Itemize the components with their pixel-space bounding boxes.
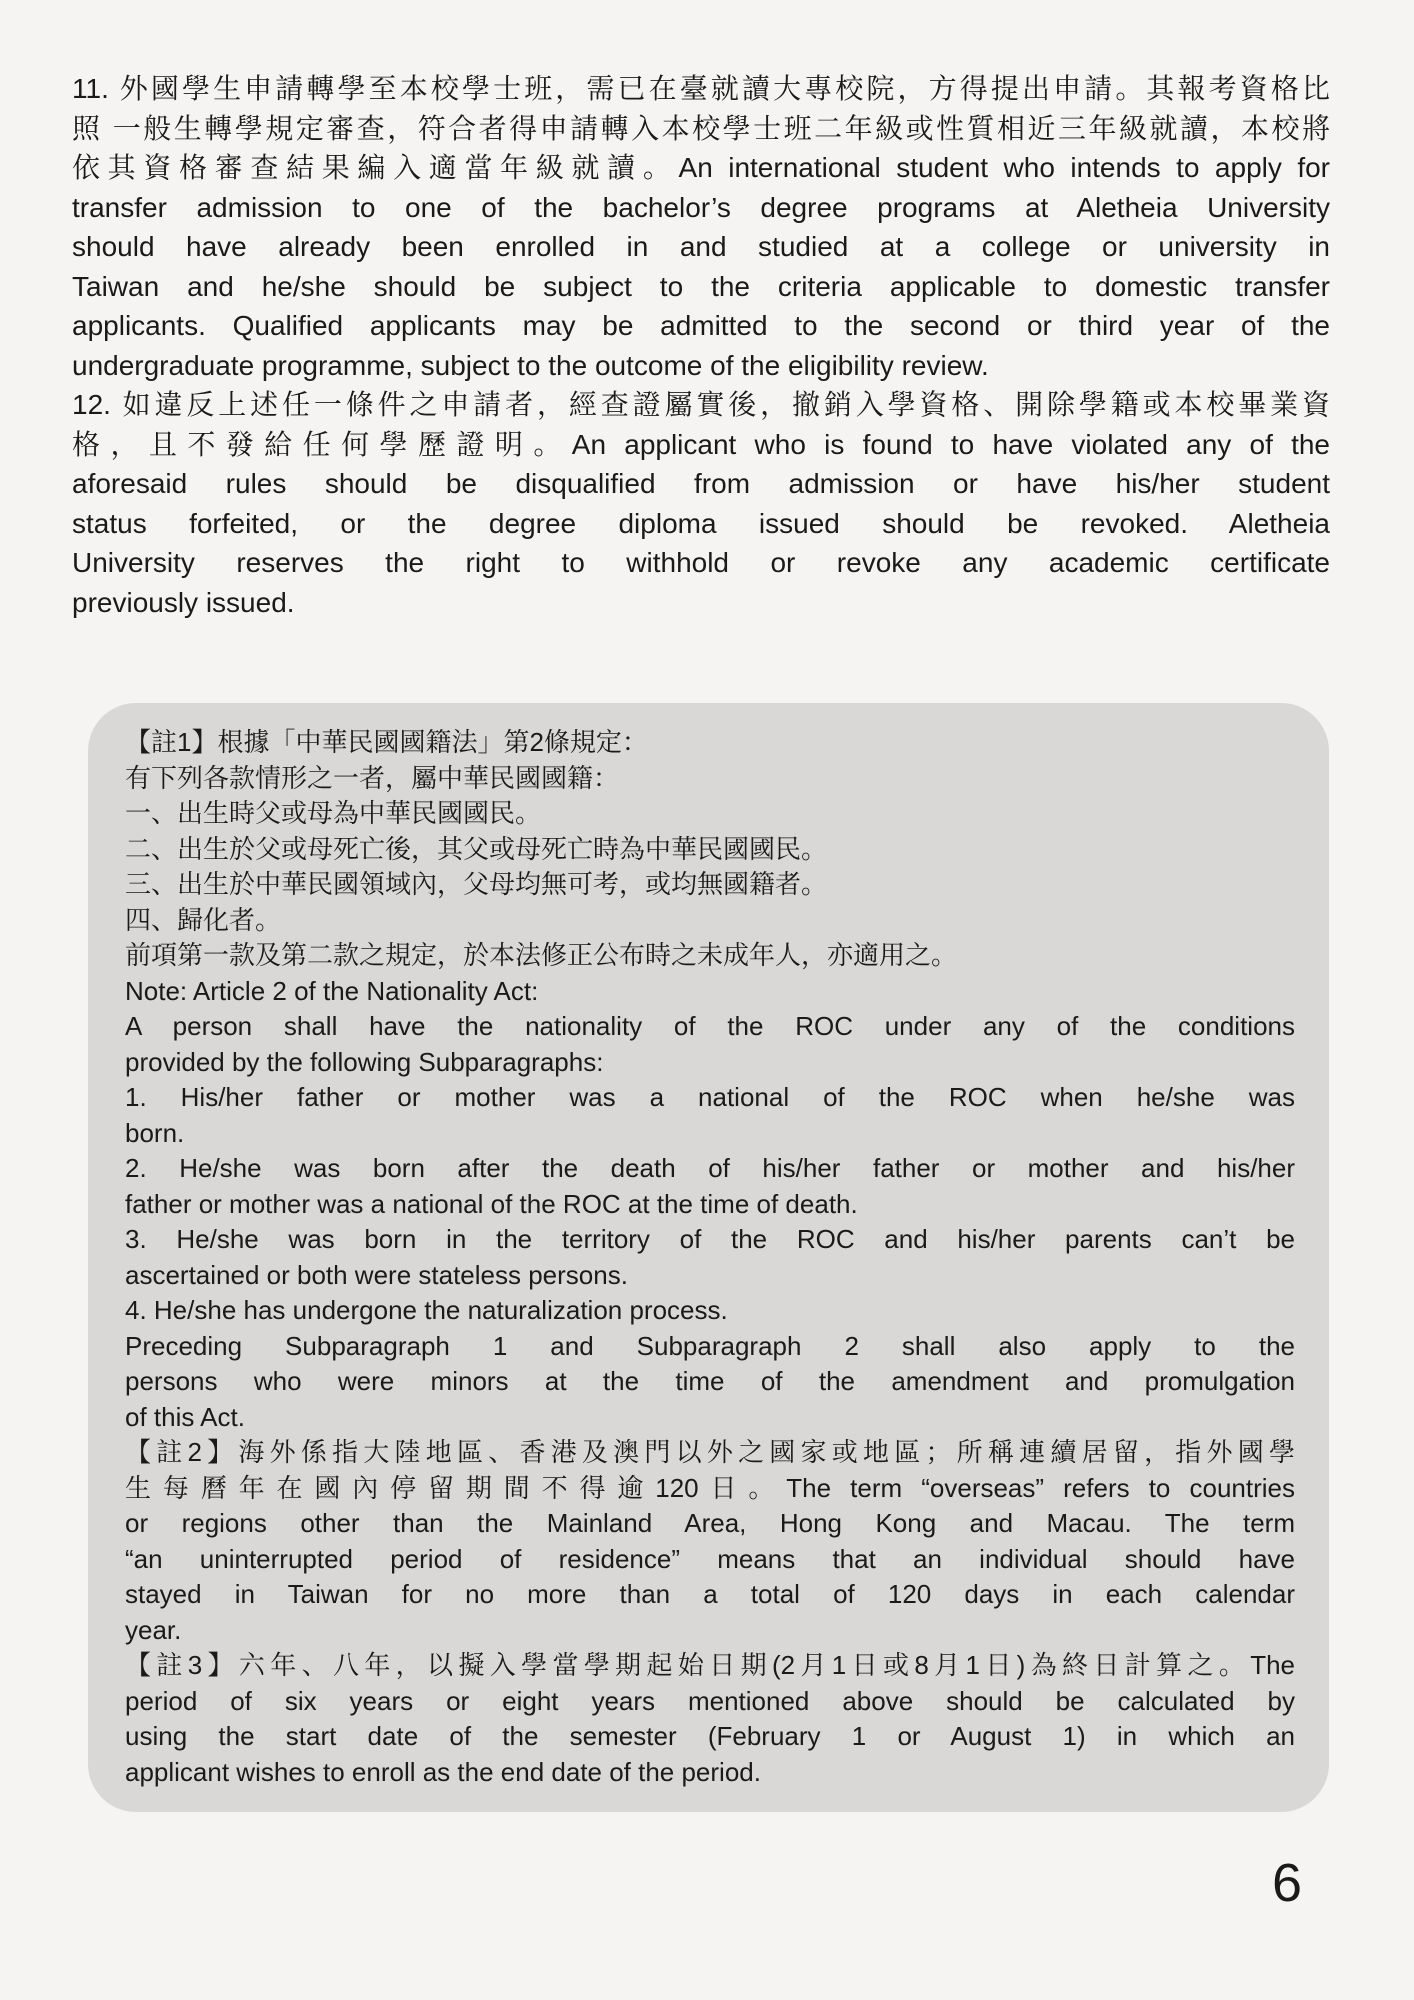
text-line: ascertained or both were stateless perso… [125,1258,1295,1294]
text-line: A person shall have the nationality of t… [125,1009,1295,1045]
text-line: 【註1】根據「中華民國國籍法」第2條規定： [125,725,1295,761]
text-line: 1. His/her father or mother was a nation… [125,1080,1295,1116]
text-line: status forfeited, or the degree diploma … [72,504,1330,544]
text-line: year. [125,1613,1295,1649]
text-line: 4. He/she has undergone the naturalizati… [125,1293,1295,1329]
text-line: 三、出生於中華民國領域內，父母均無可考，或均無國籍者。 [125,867,1295,903]
text-line: Note: Article 2 of the Nationality Act: [125,974,1295,1010]
text-line: 11. 外國學生申請轉學至本校學士班，需已在臺就讀大專校院，方得提出申請。其報考… [72,69,1330,109]
text-line: 12. 如違反上述任一條件之申請者，經查證屬實後，撤銷入學資格、開除學籍或本校畢… [72,385,1330,425]
text-line: 格，且不發給任何學歷證明。An applicant who is found t… [72,425,1330,465]
text-line: 有下列各款情形之一者，屬中華民國國籍： [125,761,1295,797]
main-text-block: 11. 外國學生申請轉學至本校學士班，需已在臺就讀大專校院，方得提出申請。其報考… [72,69,1330,622]
text-line: persons who were minors at the time of t… [125,1364,1295,1400]
text-line: using the start date of the semester (Fe… [125,1719,1295,1755]
text-line: of this Act. [125,1400,1295,1436]
text-line: 一、出生時父或母為中華民國國民。 [125,796,1295,832]
paragraph-12: 12. 如違反上述任一條件之申請者，經查證屬實後，撤銷入學資格、開除學籍或本校畢… [72,385,1330,622]
text-line: Preceding Subparagraph 1 and Subparagrap… [125,1329,1295,1365]
text-line: 四、歸化者。 [125,903,1295,939]
document-page: 11. 外國學生申請轉學至本校學士班，需已在臺就讀大專校院，方得提出申請。其報考… [0,0,1414,2000]
text-line: 2. He/she was born after the death of hi… [125,1151,1295,1187]
text-line: Taiwan and he/she should be subject to t… [72,267,1330,307]
text-line: transfer admission to one of the bachelo… [72,188,1330,228]
text-line: previously issued. [72,583,1330,623]
text-line: 照 一般生轉學規定審查，符合者得申請轉入本校學士班二年級或性質相近三年級就讀，本… [72,109,1330,149]
text-line: stayed in Taiwan for no more than a tota… [125,1577,1295,1613]
text-line: 前項第一款及第二款之規定，於本法修正公布時之未成年人，亦適用之。 [125,938,1295,974]
text-line: period of six years or eight years menti… [125,1684,1295,1720]
text-line: applicant wishes to enroll as the end da… [125,1755,1295,1791]
text-line: aforesaid rules should be disqualified f… [72,464,1330,504]
text-line: provided by the following Subparagraphs: [125,1045,1295,1081]
page-number: 6 [1272,1856,1302,1910]
text-line: “an uninterrupted period of residence” m… [125,1542,1295,1578]
text-line: University reserves the right to withhol… [72,543,1330,583]
text-line: 【註2】海外係指大陸地區、香港及澳門以外之國家或地區；所稱連續居留，指外國學 [125,1435,1295,1471]
text-line: 二、出生於父或母死亡後，其父或母死亡時為中華民國國民。 [125,832,1295,868]
text-line: 依其資格審查結果編入適當年級就讀。An international studen… [72,148,1330,188]
text-line: 生每曆年在國內停留期間不得逾120日。The term “overseas” r… [125,1471,1295,1507]
text-line: applicants. Qualified applicants may be … [72,306,1330,346]
notes-box: 【註1】根據「中華民國國籍法」第2條規定：有下列各款情形之一者，屬中華民國國籍：… [88,703,1329,1812]
paragraph-11: 11. 外國學生申請轉學至本校學士班，需已在臺就讀大專校院，方得提出申請。其報考… [72,69,1330,385]
text-line: 【註3】六年、八年，以擬入學當學期起始日期(2月1日或8月1日)為終日計算之。T… [125,1648,1295,1684]
text-line: 3. He/she was born in the territory of t… [125,1222,1295,1258]
text-line: born. [125,1116,1295,1152]
text-line: father or mother was a national of the R… [125,1187,1295,1223]
text-line: should have already been enrolled in and… [72,227,1330,267]
text-line: undergraduate programme, subject to the … [72,346,1330,386]
text-line: or regions other than the Mainland Area,… [125,1506,1295,1542]
